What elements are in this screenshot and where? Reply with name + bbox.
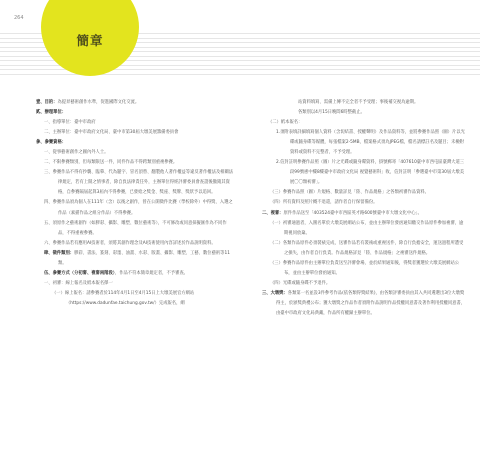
list-item: （一）初審通過者，入圍名單於大墩美展網站公布，並由主辦單位發函通知繳交作品原件參… (268, 219, 466, 239)
section-purpose: 壹、目的：為提昇藝術創作水準，促進國際文化交流。 (36, 98, 234, 108)
section-organizers: 貳、辦理單位： (36, 108, 234, 118)
list-item: 2.信封註明參賽作品照（圖）片之光碟或隨身碟資料，掛號郵寄「407610臺中市西… (268, 158, 466, 188)
list-item: 1.須附表填詳細填寫個人資料（含切結書、授權聲明）及作品資料等，並將參賽作品照（… (268, 128, 466, 158)
section-eligibility: 參、參賽資格： (36, 138, 234, 148)
section-method: 伍、參賽方式（分初審、複審兩階段），作品不符本簡章規定者，不予審查。 (36, 269, 234, 279)
section-review: 二、複審：原件作品送至「403524臺中市西區英才路600號臺中市大墩文化中心」… (268, 209, 466, 219)
right-column: 站資料填寫、需備上傳不完全者不予受理；事後補交視為逾期。 各類別以4月15日晚間… (268, 98, 466, 319)
list-item: 二、主辦單位：臺中市政府文化局、臺中市第30屆大墩美展籌備委員會 (36, 128, 234, 138)
section-categories: 肆、徵件類別：膠彩、書法、篆刻、彩墨、油畫、水彩、版畫、攝影、雕塑、工藝、數位藝… (36, 249, 234, 269)
left-column: 壹、目的：為提昇藝術創作水準，促進國際文化交流。 貳、辦理單位： 一、指導單位：… (36, 98, 234, 309)
list-item: 一、指導單位：臺中市政府 (36, 118, 234, 128)
list-item: 四、參賽作品須為個人在111年（含）以後之創作，曾在公開徵件比賽（學校除外）中得… (36, 198, 234, 218)
list-item: （一）線上報名：請參賽者於114年4月1日至4月15日上大墩美展官方網站（htt… (36, 289, 234, 309)
list-item: （三）參賽作品原件由主辦單位負責送至評審會場，並於結果通知後，得獎者獲選於大墩美… (268, 259, 466, 279)
list-item: 二、不限參賽類別，但每類限送一件，同件作品不得跨類別重複參賽。 (36, 158, 234, 168)
list-item: （三）參賽作品照（圖）片規格、數量詳見「陸、作品規格」之各類初審作品資料。 (268, 188, 466, 198)
list-item-continued: 站資料填寫、需備上傳不完全者不予受理；事後補交視為逾期。 (268, 98, 466, 108)
list-item: （四）光碟或隨身碟不予退件。 (268, 279, 466, 289)
list-item: 五、須原作之藝術創作（如膠彩、攝影、雕塑、數位藝術等），不可修改或同意採擬匯作為… (36, 219, 234, 239)
page-number: 264 (14, 15, 24, 21)
section-dadun-award: 三、大墩獎：各類第一名並設3件參考作品(依各類得獎結果)，由各類評審委員由其入共… (268, 289, 466, 319)
page-title: 簡章 (76, 31, 103, 49)
list-item-continued: 各類別以4月15日晚間6時整截止。 (268, 108, 466, 118)
list-item: （四）所有資料及照片概不退還，請作者自行保留備份。 (268, 198, 466, 208)
list-item: （二）各類作品原件必須裝裱完成，送審作品若有裝裱或重複送件，除自行負擔安全，運送… (268, 239, 466, 259)
list-item: 六、參賽作品若有應用AI技術者，須將其創作理念及AI技術使用內容詳述於作品說明資… (36, 239, 234, 249)
list-item: （二）紙本報名： (268, 118, 466, 128)
list-item: 一、從事藝術創作之國內外人士。 (36, 148, 234, 158)
list-item: 一、初審：線上報名及紙本報名擇一 (36, 279, 234, 289)
list-item: 三、參賽作品不得有抄襲、臨摹、代為題字、冒名頂替、翻製他人著作權益等違反著作權法… (36, 168, 234, 198)
